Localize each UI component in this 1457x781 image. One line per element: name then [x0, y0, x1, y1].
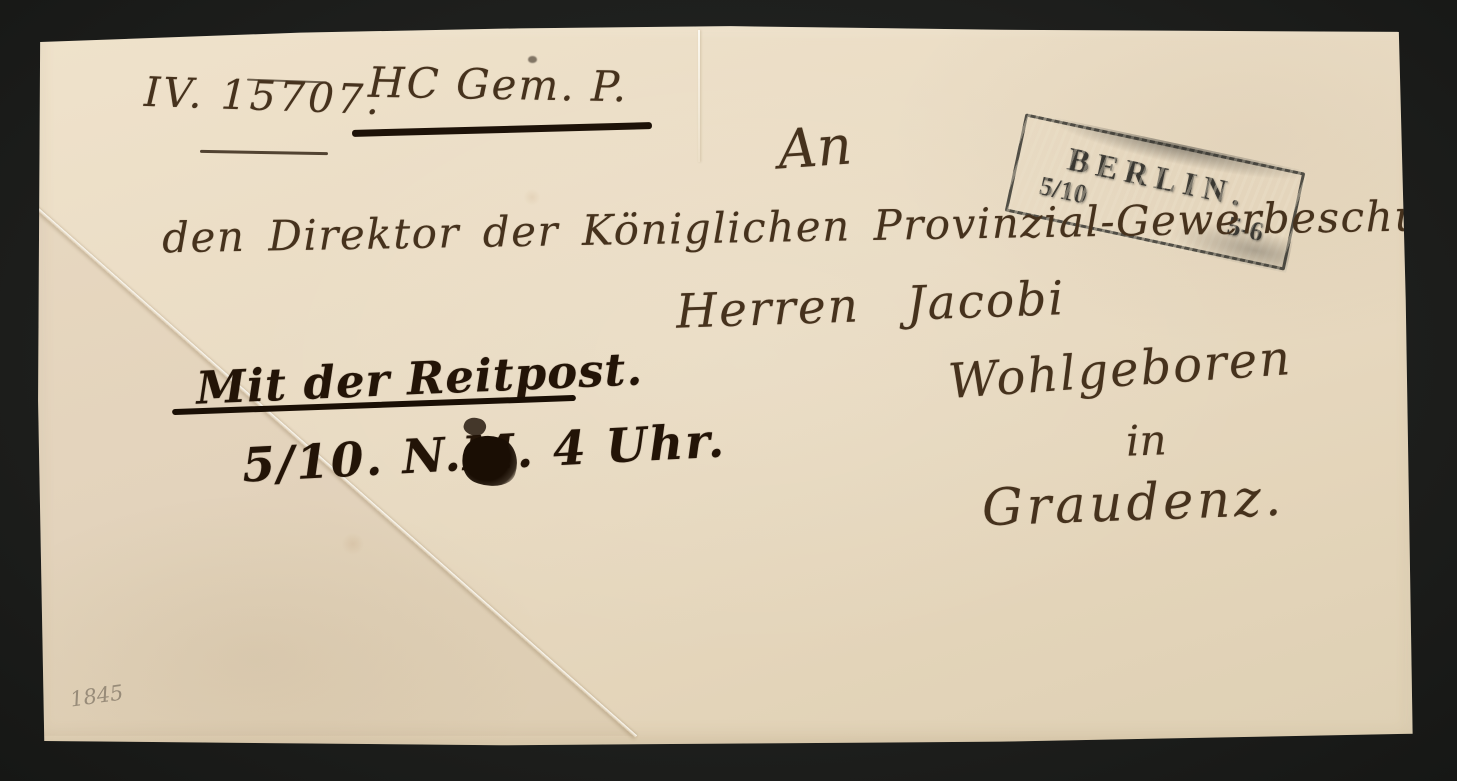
recipient-name: Herren Jacobi: [675, 271, 1066, 340]
destination-graudenz: Graudenz.: [981, 469, 1286, 539]
clerk-note: HC Gem. P.: [368, 58, 629, 112]
berlin-postmark: BERLIN. 5/10 5-6: [1005, 113, 1306, 270]
reference-underline: [200, 150, 328, 155]
top-fold-crease: [698, 30, 700, 162]
preposition-in: in: [1125, 415, 1167, 465]
envelope-face: BERLIN. 5/10 5-6 IV. 15707. HC Gem. P. A…: [36, 24, 1414, 746]
salutation-an: An: [776, 114, 854, 182]
reference-number: IV. 15707.: [143, 68, 383, 124]
clerk-note-underline: [352, 122, 652, 137]
envelope: BERLIN. 5/10 5-6 IV. 15707. HC Gem. P. A…: [36, 24, 1414, 746]
scan-background: BERLIN. 5/10 5-6 IV. 15707. HC Gem. P. A…: [0, 0, 1457, 781]
honorific-wohlgeboren: Wohlgeboren: [946, 330, 1293, 410]
